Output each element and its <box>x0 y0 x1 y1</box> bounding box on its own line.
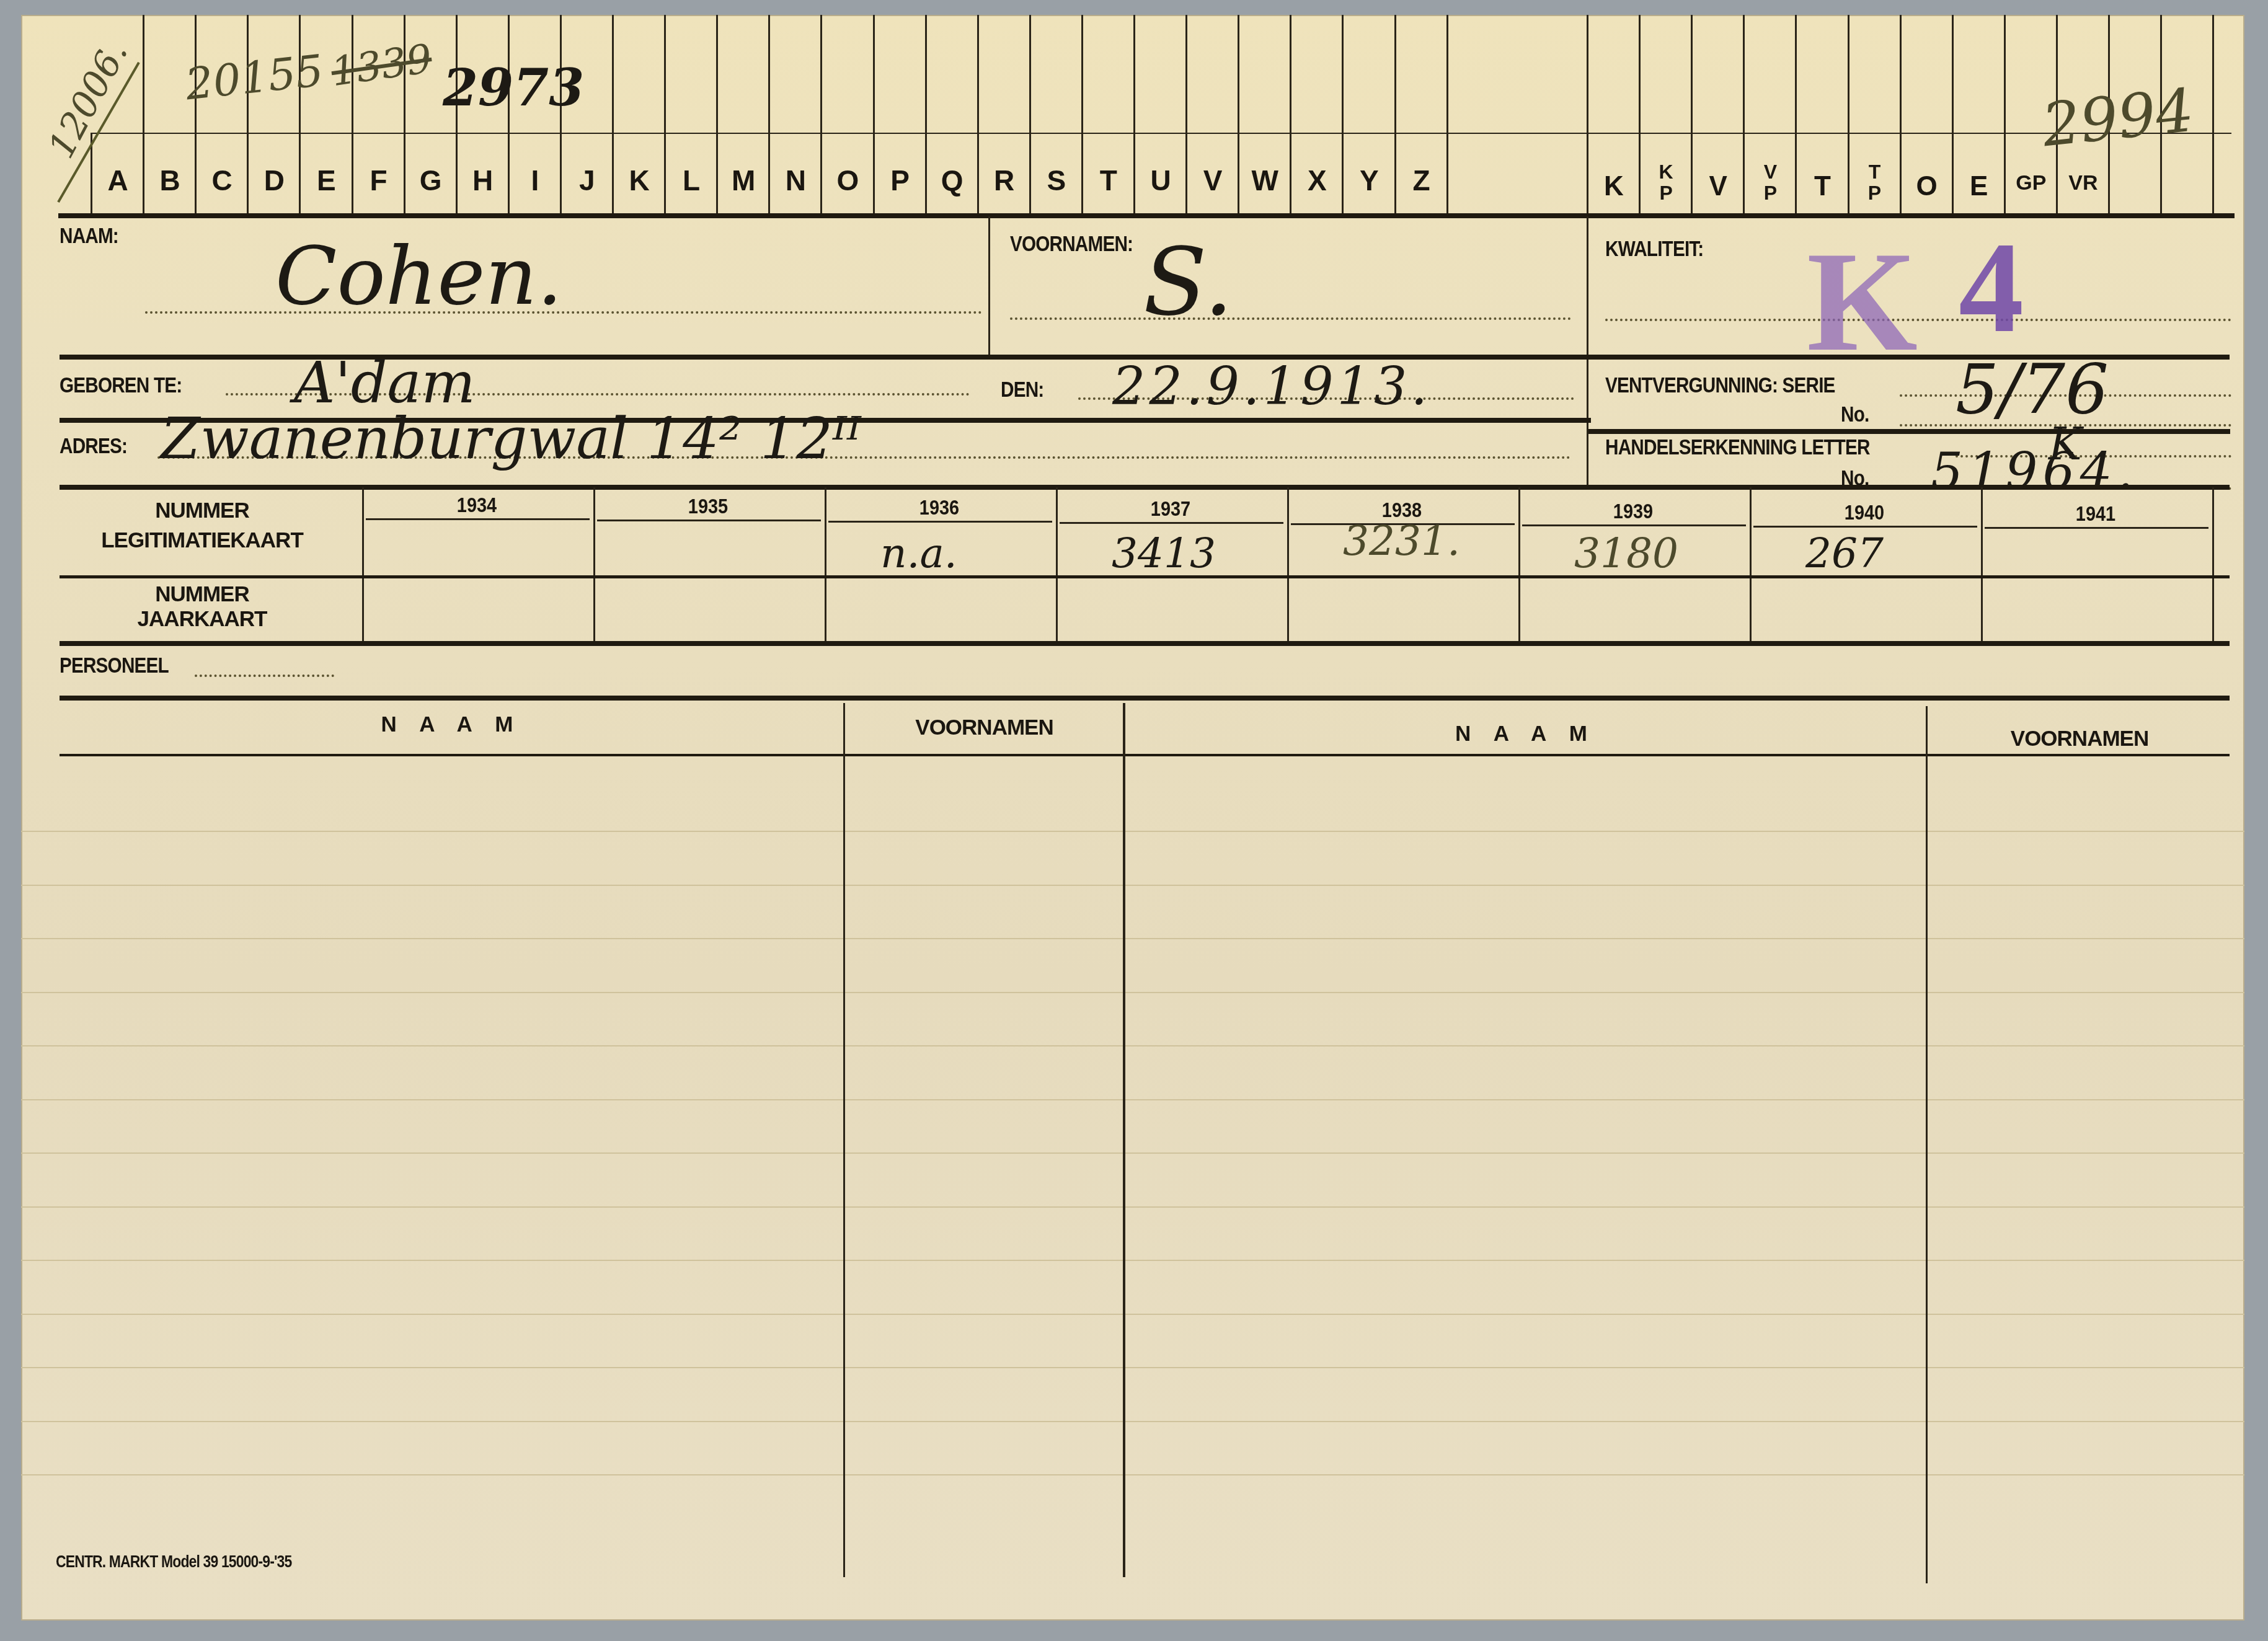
personeel-col-divider-1 <box>843 703 845 1577</box>
naam-label: NAAM: <box>60 224 118 249</box>
index-letter-w[interactable]: W <box>1239 164 1291 197</box>
den-value[interactable]: 22.9.1913. <box>1112 356 1431 417</box>
personeel-table-row[interactable] <box>21 1421 2244 1422</box>
voornamen-value[interactable]: S. <box>1143 229 1233 337</box>
category-code-gp[interactable]: GP <box>2005 171 2057 195</box>
index-letter-g[interactable]: G <box>405 164 457 197</box>
personeel-label: PERSONEEL <box>60 653 169 678</box>
category-code-vp[interactable]: VP <box>1744 161 1796 203</box>
year-column-line <box>825 487 826 642</box>
year-header-1935: 1935 <box>611 495 806 519</box>
voornamen-field-line <box>1010 317 1571 320</box>
year-column-line <box>1287 487 1289 642</box>
geboren-te-label: GEBOREN TE: <box>60 373 182 398</box>
right-section-divider <box>1587 216 1588 489</box>
handelserkenning-letter-label: HANDELSERKENNING LETTER <box>1605 435 1870 460</box>
year-header-1939: 1939 <box>1536 500 1731 524</box>
personeel-header-naam-1: N A A M <box>60 712 843 737</box>
adres-row-bottom-rule <box>60 485 2230 490</box>
jaarkaart-label-line1: NUMMER <box>60 582 345 607</box>
year-header-underline <box>1060 522 1283 524</box>
category-code-kp[interactable]: KP <box>1640 161 1692 203</box>
index-letter-h[interactable]: H <box>457 164 509 197</box>
category-code-o[interactable]: O <box>1901 171 1953 202</box>
personeel-table-row[interactable] <box>21 1314 2244 1315</box>
personeel-table-row[interactable] <box>21 992 2244 993</box>
category-code-top: VR <box>2057 171 2109 195</box>
year-column-line <box>1056 487 1058 642</box>
personeel-table-row[interactable] <box>21 1474 2244 1475</box>
personeel-table-row[interactable] <box>21 831 2244 832</box>
naam-value[interactable]: Cohen. <box>275 229 562 323</box>
personeel-table-row[interactable] <box>21 938 2244 939</box>
year-column-line <box>1981 487 1983 642</box>
index-letter-y[interactable]: Y <box>1343 164 1395 197</box>
index-letter-s[interactable]: S <box>1030 164 1083 197</box>
voornamen-label: VOORNAMEN: <box>1010 232 1133 257</box>
category-code-top: V <box>1692 171 1744 202</box>
personeel-table-row[interactable] <box>21 885 2244 886</box>
personeel-table-row[interactable] <box>21 1206 2244 1208</box>
jaarkaart-label-line2: JAARKAART <box>60 607 345 632</box>
adres-value[interactable]: Zwanenburgwal 14² 12ᴵᴵ <box>161 405 861 472</box>
index-letter-o[interactable]: O <box>822 164 874 197</box>
year-column-line <box>2212 487 2214 642</box>
category-code-bottom: P <box>1849 182 1901 203</box>
category-code-t[interactable]: T <box>1796 171 1848 202</box>
category-code-top: V <box>1744 161 1796 182</box>
kwaliteit-stamp-number: 4 <box>1959 213 2024 363</box>
personeel-header-naam-2: N A A M <box>1125 722 1926 746</box>
personeel-header-voornamen-1: VOORNAMEN <box>846 715 1123 740</box>
handwritten-diagonal-number: 12006. <box>40 34 136 165</box>
year-header-1937: 1937 <box>1073 497 1269 521</box>
index-letter-i[interactable]: I <box>509 164 561 197</box>
handwritten-number-2: 1339 <box>329 36 435 95</box>
legitimatiekaart-value-1936[interactable]: n.a. <box>880 529 957 577</box>
category-code-top: K <box>1640 161 1692 182</box>
handwritten-number-right: 2994 <box>2039 76 2197 161</box>
legitimatiekaart-value-1939[interactable]: 3180 <box>1574 529 1678 577</box>
category-code-top: GP <box>2005 171 2057 195</box>
index-letter-k[interactable]: K <box>613 164 665 197</box>
year-header-underline <box>1522 524 1746 526</box>
personeel-table-row[interactable] <box>21 1152 2244 1154</box>
category-code-v[interactable]: V <box>1692 171 1744 202</box>
footer-imprint: CENTR. MARKT Model 39 15000-9-'35 <box>56 1552 291 1572</box>
ventvergunning-serie-label: VENTVERGUNNING: SERIE <box>1605 373 1835 398</box>
market-registration-card: ABCDEFGHIJKLMNOPQRSTUVWXYZ KKPVVPTTPOEGP… <box>21 15 2244 1621</box>
index-letter-e[interactable]: E <box>300 164 352 197</box>
handwritten-number-3: 2973 <box>443 58 584 118</box>
index-letter-l[interactable]: L <box>665 164 717 197</box>
index-letter-v[interactable]: V <box>1187 164 1239 197</box>
category-column-line <box>2212 15 2214 213</box>
category-code-k[interactable]: K <box>1588 171 1640 202</box>
category-code-top: K <box>1588 171 1640 202</box>
category-code-vr[interactable]: VR <box>2057 171 2109 195</box>
year-header-underline <box>597 520 821 521</box>
year-column-line <box>1518 487 1520 642</box>
personeel-header-voornamen-2: VOORNAMEN <box>1928 727 2231 751</box>
index-letter-m[interactable]: M <box>717 164 769 197</box>
index-letter-a[interactable]: A <box>92 164 144 197</box>
index-tab-divider <box>92 133 2231 134</box>
legitimatiekaart-label-line1: NUMMER <box>60 498 345 523</box>
handelserkenning-no-value[interactable]: 51964. <box>1931 443 2138 502</box>
kwaliteit-field-line <box>1605 319 2231 321</box>
personeel-field-line <box>195 675 334 677</box>
ventvergunning-no-label: No. <box>1841 402 1869 427</box>
kwaliteit-label: KWALITEIT: <box>1605 237 1703 262</box>
legitimatiekaart-value-1938[interactable]: 3231. <box>1343 517 1460 565</box>
year-header-underline <box>366 518 590 520</box>
index-letter-p[interactable]: P <box>874 164 926 197</box>
den-label: DEN: <box>1001 378 1043 402</box>
category-code-e[interactable]: E <box>1953 171 2005 202</box>
year-header-1940: 1940 <box>1767 501 1962 525</box>
year-header-underline <box>1753 526 1977 528</box>
index-letter-d[interactable]: D <box>248 164 300 197</box>
category-code-top: E <box>1953 171 2005 202</box>
year-header-underline <box>828 521 1052 523</box>
index-letter-r[interactable]: R <box>978 164 1030 197</box>
year-header-1936: 1936 <box>842 496 1037 520</box>
personeel-col-divider-3 <box>1926 706 1928 1583</box>
personeel-table-row[interactable] <box>21 1260 2244 1261</box>
category-code-top: T <box>1796 171 1848 202</box>
legitimatie-row-divider <box>60 575 2230 578</box>
index-letter-c[interactable]: C <box>196 164 248 197</box>
index-letter-z[interactable]: Z <box>1396 164 1448 197</box>
category-code-top: T <box>1849 161 1901 182</box>
ventvergunning-value[interactable]: 5/76 <box>1956 350 2109 429</box>
year-header-1934: 1934 <box>379 493 575 518</box>
index-letter-j[interactable]: J <box>561 164 613 197</box>
personeel-table-row[interactable] <box>21 1099 2244 1100</box>
index-letter-b[interactable]: B <box>144 164 196 197</box>
legitimatie-table-bottom-rule <box>60 641 2230 646</box>
personeel-table-row[interactable] <box>21 1045 2244 1046</box>
index-letter-f[interactable]: F <box>353 164 405 197</box>
category-code-tp[interactable]: TP <box>1849 161 1901 203</box>
handwritten-number-1: 20155 <box>183 45 326 110</box>
index-letter-n[interactable]: N <box>769 164 822 197</box>
personeel-table-top-rule <box>60 696 2230 701</box>
year-column-line <box>362 487 364 642</box>
index-letter-t[interactable]: T <box>1083 164 1135 197</box>
year-column-line <box>593 487 595 642</box>
ventvergunning-row-bottom-rule <box>1588 429 2230 434</box>
adres-label: ADRES: <box>60 434 127 459</box>
naam-field-line <box>145 311 982 314</box>
category-code-bottom: P <box>1640 182 1692 203</box>
year-header-1941: 1941 <box>1998 502 2194 526</box>
personeel-table-row[interactable] <box>21 1367 2244 1368</box>
year-header-underline <box>1985 527 2208 529</box>
index-letter-x[interactable]: X <box>1291 164 1343 197</box>
personeel-header-bottom-rule <box>60 754 2230 756</box>
index-letter-u[interactable]: U <box>1135 164 1187 197</box>
category-code-top: O <box>1901 171 1953 202</box>
year-column-line <box>1750 487 1752 642</box>
legitimatiekaart-value-1937[interactable]: 3413 <box>1112 529 1216 577</box>
category-code-bottom: P <box>1744 182 1796 203</box>
naam-voornamen-divider <box>988 216 990 359</box>
personeel-col-divider-2 <box>1123 703 1125 1577</box>
legitimatiekaart-value-1940[interactable]: 267 <box>1805 529 1884 577</box>
legitimatiekaart-label-line2: LEGITIMATIEKAART <box>60 528 345 553</box>
index-letter-q[interactable]: Q <box>926 164 978 197</box>
index-row-bottom-rule <box>58 213 2235 218</box>
